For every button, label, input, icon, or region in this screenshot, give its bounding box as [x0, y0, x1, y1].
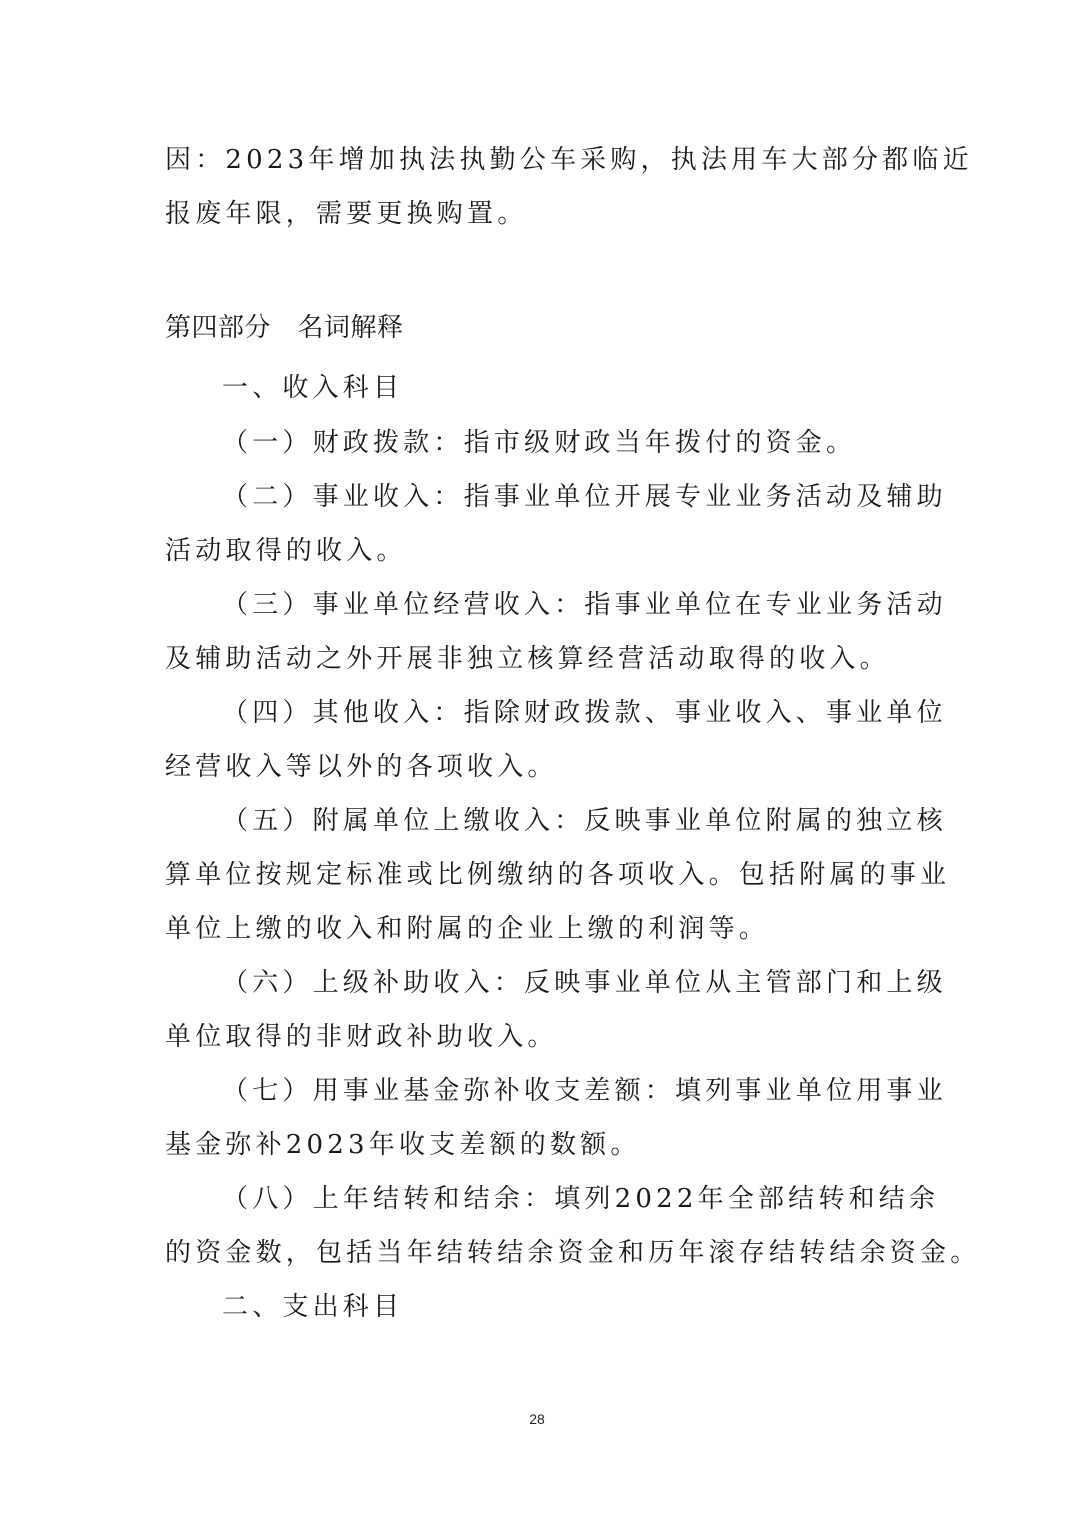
item-3: （三）事业单位经营收入：指事业单位在专业业务活动 [222, 590, 915, 620]
item-6-cont: 单位取得的非财政补助收入。 [165, 1022, 915, 1052]
item-8: （八）上年结转和结余：填列2022年全部结转和结余 [222, 1184, 915, 1214]
item-2-cont: 活动取得的收入。 [165, 536, 915, 566]
paragraph-line: 因：2023年增加执法执勤公车采购，执法用车大部分都临近 [165, 145, 915, 175]
subheading-income: 一、收入科目 [222, 373, 915, 403]
paragraph-line: 报废年限，需要更换购置。 [165, 199, 915, 229]
section-heading: 第四部分 名词解释 [165, 313, 915, 343]
item-5-cont: 单位上缴的收入和附属的企业上缴的利润等。 [165, 914, 915, 944]
item-4: （四）其他收入：指除财政拨款、事业收入、事业单位 [222, 698, 915, 728]
item-2: （二）事业收入：指事业单位开展专业业务活动及辅助 [222, 482, 915, 512]
item-1: （一）财政拨款：指市级财政当年拨付的资金。 [222, 428, 915, 458]
item-8-cont: 的资金数，包括当年结转结余资金和历年滚存结转结余资金。 [165, 1238, 915, 1268]
item-5: （五）附属单位上缴收入：反映事业单位附属的独立核 [222, 806, 915, 836]
item-3-cont: 及辅助活动之外开展非独立核算经营活动取得的收入。 [165, 644, 915, 674]
page-number: 28 [0, 1411, 1074, 1427]
item-7: （七）用事业基金弥补收支差额：填列事业单位用事业 [222, 1076, 915, 1106]
item-5-cont: 算单位按规定标准或比例缴纳的各项收入。包括附属的事业 [165, 860, 915, 890]
item-7-cont: 基金弥补2023年收支差额的数额。 [165, 1130, 915, 1160]
subheading-expense: 二、支出科目 [222, 1292, 915, 1322]
item-6: （六）上级补助收入：反映事业单位从主管部门和上级 [222, 968, 915, 998]
item-4-cont: 经营收入等以外的各项收入。 [165, 752, 915, 782]
